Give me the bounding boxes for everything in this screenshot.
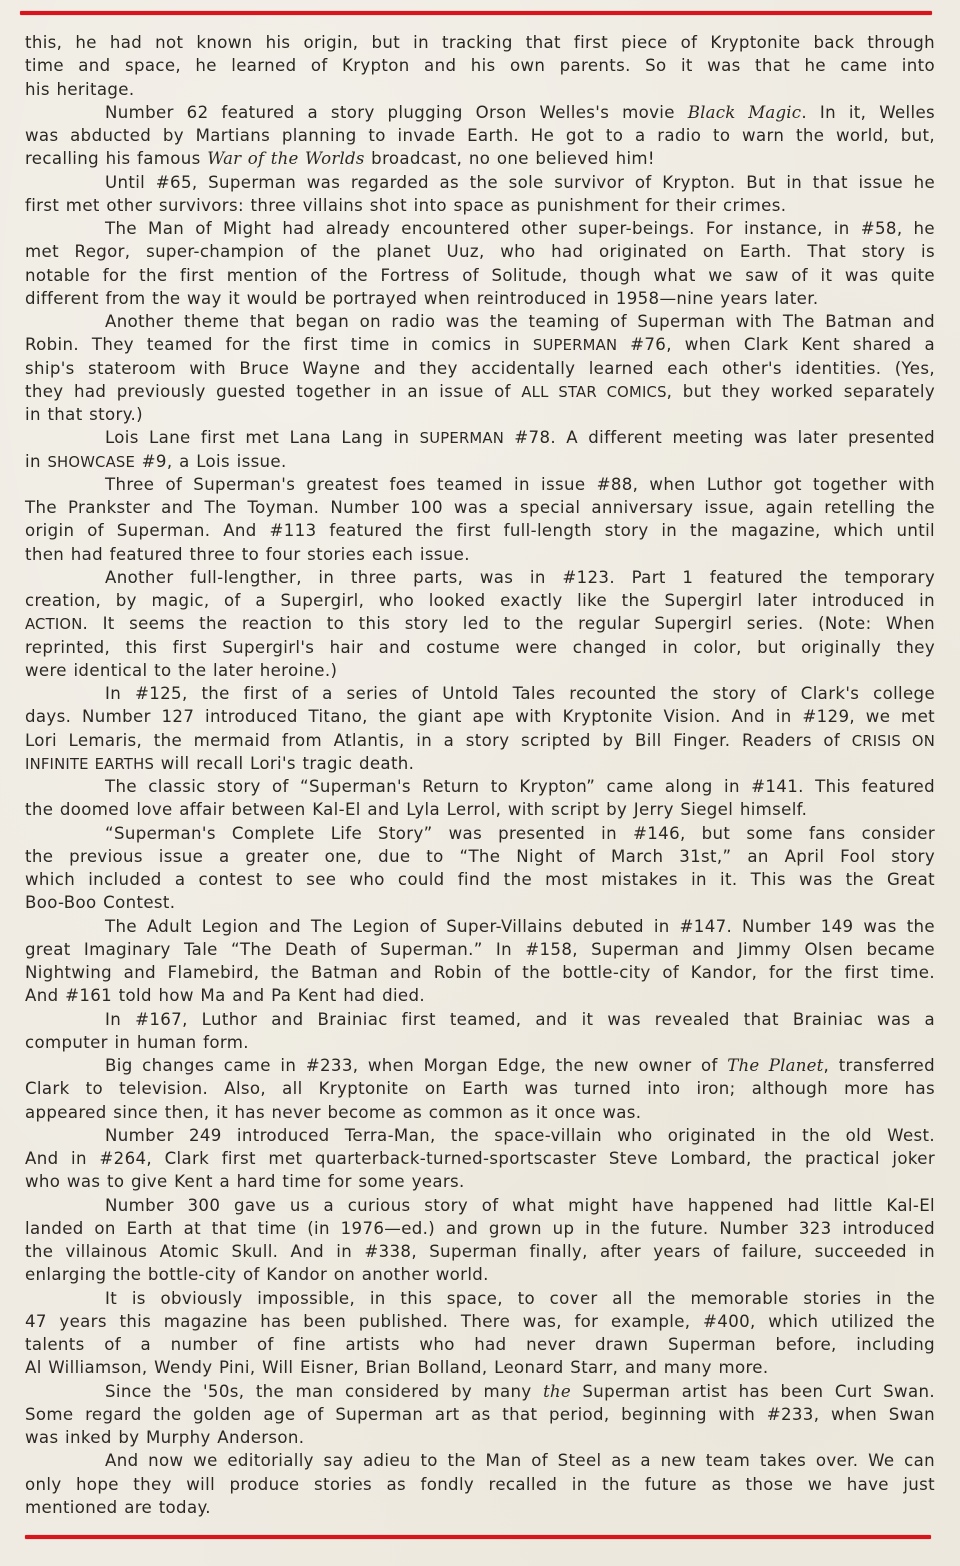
text-line: Number 62 featured a story plugging Orso… xyxy=(25,101,935,124)
text-line: Lois Lane first met Lana Lang in SUPERMA… xyxy=(25,426,935,449)
text-line: INFINITE EARTHS will recall Lori's tragi… xyxy=(25,752,935,775)
paragraph: Big changes came in #233, when Morgan Ed… xyxy=(25,1054,935,1124)
text-line: the villainous Atomic Skull. And in #338… xyxy=(25,1240,935,1263)
text-line: in SHOWCASE #9, a Lois issue. xyxy=(25,450,935,473)
paragraph: Lois Lane first met Lana Lang in SUPERMA… xyxy=(25,426,935,473)
paragraph: Another full-lengther, in three parts, w… xyxy=(25,566,935,682)
text-line: Nightwing and Flamebird, the Batman and … xyxy=(25,961,935,984)
text-line: The Man of Might had already encountered… xyxy=(25,217,935,240)
text-line: It is obviously impossible, in this spac… xyxy=(25,1287,935,1310)
text-line: only hope they will produce stories as f… xyxy=(25,1473,935,1496)
text-line: talents of a number of fine artists who … xyxy=(25,1333,935,1356)
text-line: Another full-lengther, in three parts, w… xyxy=(25,566,935,589)
text-line: Big changes came in #233, when Morgan Ed… xyxy=(25,1054,935,1077)
paragraph: And now we editorially say adieu to the … xyxy=(25,1449,935,1519)
text-line: the doomed love affair between Kal-El an… xyxy=(25,798,935,821)
paragraph: The Adult Legion and The Legion of Super… xyxy=(25,915,935,1008)
text-line: And #161 told how Ma and Pa Kent had die… xyxy=(25,984,935,1007)
text-line: Number 249 introduced Terra-Man, the spa… xyxy=(25,1124,935,1147)
paragraph: In #167, Luthor and Brainiac first teame… xyxy=(25,1008,935,1055)
text-line: this, he had not known his origin, but i… xyxy=(25,31,935,54)
text-line: mentioned are today. xyxy=(25,1496,935,1519)
paragraph: Number 300 gave us a curious story of wh… xyxy=(25,1194,935,1287)
text-line: The Prankster and The Toyman. Number 100… xyxy=(25,496,935,519)
text-line: Some regard the golden age of Superman a… xyxy=(25,1403,935,1426)
text-line: were identical to the later heroine.) xyxy=(25,659,935,682)
bottom-red-rule xyxy=(25,1535,931,1539)
text-line: Clark to television. Also, all Kryptonit… xyxy=(25,1077,935,1100)
text-line: Robin. They teamed for the first time in… xyxy=(25,333,935,356)
paragraph: The classic story of “Superman's Return … xyxy=(25,775,935,822)
text-line: days. Number 127 introduced Titano, the … xyxy=(25,705,935,728)
text-line: appeared since then, it has never become… xyxy=(25,1101,935,1124)
text-line: who was to give Kent a hard time for som… xyxy=(25,1170,935,1193)
text-line: which included a contest to see who coul… xyxy=(25,868,935,891)
magazine-page: this, he had not known his origin, but i… xyxy=(0,0,960,1566)
text-line: ACTION. It seems the reaction to this st… xyxy=(25,612,935,635)
text-line: Another theme that began on radio was th… xyxy=(25,310,935,333)
text-line: computer in human form. xyxy=(25,1031,935,1054)
text-line: Al Williamson, Wendy Pini, Will Eisner, … xyxy=(25,1356,935,1379)
text-line: Boo-Boo Contest. xyxy=(25,891,935,914)
paragraph: this, he had not known his origin, but i… xyxy=(25,31,935,101)
text-line: Lori Lemaris, the mermaid from Atlantis,… xyxy=(25,729,935,752)
article-text-column: this, he had not known his origin, but i… xyxy=(25,31,935,1519)
text-line: the previous issue a greater one, due to… xyxy=(25,845,935,868)
text-line: ship's stateroom with Bruce Wayne and th… xyxy=(25,357,935,380)
paragraph: “Superman's Complete Life Story” was pre… xyxy=(25,822,935,915)
text-line: Three of Superman's greatest foes teamed… xyxy=(25,473,935,496)
paragraph: Until #65, Superman was regarded as the … xyxy=(25,171,935,218)
text-line: landed on Earth at that time (in 1976—ed… xyxy=(25,1217,935,1240)
text-line: 47 years this magazine has been publishe… xyxy=(25,1310,935,1333)
paragraph: Another theme that began on radio was th… xyxy=(25,310,935,426)
paragraph: The Man of Might had already encountered… xyxy=(25,217,935,310)
text-line: first met other survivors: three villain… xyxy=(25,194,935,217)
text-line: time and space, he learned of Krypton an… xyxy=(25,54,935,77)
text-line: Number 300 gave us a curious story of wh… xyxy=(25,1194,935,1217)
text-line: different from the way it would be portr… xyxy=(25,287,935,310)
text-line: enlarging the bottle-city of Kandor on a… xyxy=(25,1263,935,1286)
text-line: recalling his famous War of the Worlds b… xyxy=(25,147,935,170)
paragraph: Three of Superman's greatest foes teamed… xyxy=(25,473,935,566)
text-line: And in #264, Clark first met quarterback… xyxy=(25,1147,935,1170)
text-line: met Regor, super-champion of the planet … xyxy=(25,240,935,263)
text-line: In #125, the first of a series of Untold… xyxy=(25,682,935,705)
text-line: then had featured three to four stories … xyxy=(25,543,935,566)
text-line: The classic story of “Superman's Return … xyxy=(25,775,935,798)
text-line: in that story.) xyxy=(25,403,935,426)
text-line: origin of Superman. And #113 featured th… xyxy=(25,519,935,542)
paragraph: Number 62 featured a story plugging Orso… xyxy=(25,101,935,171)
paragraph: In #125, the first of a series of Untold… xyxy=(25,682,935,775)
text-line: reprinted, this first Supergirl's hair a… xyxy=(25,636,935,659)
text-line: his heritage. xyxy=(25,78,935,101)
paragraph: Number 249 introduced Terra-Man, the spa… xyxy=(25,1124,935,1194)
text-line: great Imaginary Tale “The Death of Super… xyxy=(25,938,935,961)
text-line: The Adult Legion and The Legion of Super… xyxy=(25,915,935,938)
paragraph: Since the '50s, the man considered by ma… xyxy=(25,1380,935,1450)
top-red-rule xyxy=(20,11,932,15)
text-line: creation, by magic, of a Supergirl, who … xyxy=(25,589,935,612)
text-line: In #167, Luthor and Brainiac first teame… xyxy=(25,1008,935,1031)
text-line: notable for the first mention of the For… xyxy=(25,264,935,287)
text-line: And now we editorially say adieu to the … xyxy=(25,1449,935,1472)
text-line: Until #65, Superman was regarded as the … xyxy=(25,171,935,194)
text-line: was abducted by Martians planning to inv… xyxy=(25,124,935,147)
text-line: Since the '50s, the man considered by ma… xyxy=(25,1380,935,1403)
paragraph: It is obviously impossible, in this spac… xyxy=(25,1287,935,1380)
text-line: “Superman's Complete Life Story” was pre… xyxy=(25,822,935,845)
text-line: they had previously guested together in … xyxy=(25,380,935,403)
text-line: was inked by Murphy Anderson. xyxy=(25,1426,935,1449)
